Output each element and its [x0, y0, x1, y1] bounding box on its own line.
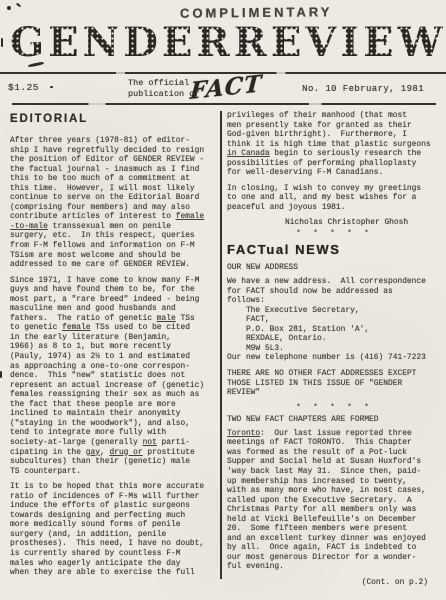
scan-speck	[0, 371, 2, 378]
newsletter-page: COMPLIMENTARY GENDER REVIEW $1.25 The of…	[0, 0, 446, 600]
editorial-continuation: privileges of their manhood (that most m…	[227, 111, 442, 178]
new-address-subhead: OUR NEW ADDRESS	[227, 263, 442, 273]
editorial-paragraph: After three years (1978-81) of editor- s…	[10, 136, 216, 270]
editorial-heading: EDITORIAL	[10, 113, 216, 125]
scan-speck	[50, 86, 53, 88]
issue-date-label: No. 10 February, 1981	[302, 84, 424, 94]
body-columns: EDITORIAL After three years (1978-81) of…	[10, 111, 442, 588]
left-column: EDITORIAL After three years (1978-81) of…	[10, 111, 216, 588]
continuation-note: (Cont. on p.2)	[227, 578, 428, 588]
masthead-word-gender: GENDER	[10, 21, 234, 65]
address-notice: THERE ARE NO OTHER FACT ADDRESSES EXCEPT…	[227, 369, 442, 398]
scan-speck	[7, 6, 11, 10]
column-divider-rule	[220, 111, 222, 579]
right-column: privileges of their manhood (that most m…	[227, 111, 442, 588]
scan-speck	[16, 3, 21, 8]
infobar-divider-rule	[12, 103, 436, 105]
factual-news-heading: FACTual NEWS	[227, 242, 442, 257]
masthead-title: GENDER REVIEW	[10, 21, 438, 65]
editorial-closing: In closing, I wish to convey my greeting…	[227, 184, 442, 213]
editorial-paragraph: Since 1971, I have come to know many F-M…	[10, 276, 216, 476]
publication-byline-line1: The official	[128, 78, 199, 89]
fact-logo: FACT	[189, 70, 263, 105]
toronto-chapter-paragraph: Toronto: Our last issue reported three m…	[227, 429, 442, 572]
publication-byline: The official publication of	[128, 78, 199, 100]
price-label: $1.25	[8, 82, 39, 93]
editorial-paragraph: It is to be hoped that this more accurat…	[10, 482, 216, 577]
asterisk-divider: * * * * *	[227, 230, 442, 240]
editor-signature: Nicholas Christopher Ghosh	[285, 218, 442, 228]
masthead-word-review: REVIEW	[234, 21, 446, 65]
asterisk-divider: * * * * *	[227, 404, 442, 414]
address-block: We have a new address. All correspondenc…	[227, 277, 442, 363]
chapters-heading: TWO NEW FACT CHAPTERS ARE FORMED	[227, 415, 442, 425]
scan-speck	[1, 38, 3, 47]
